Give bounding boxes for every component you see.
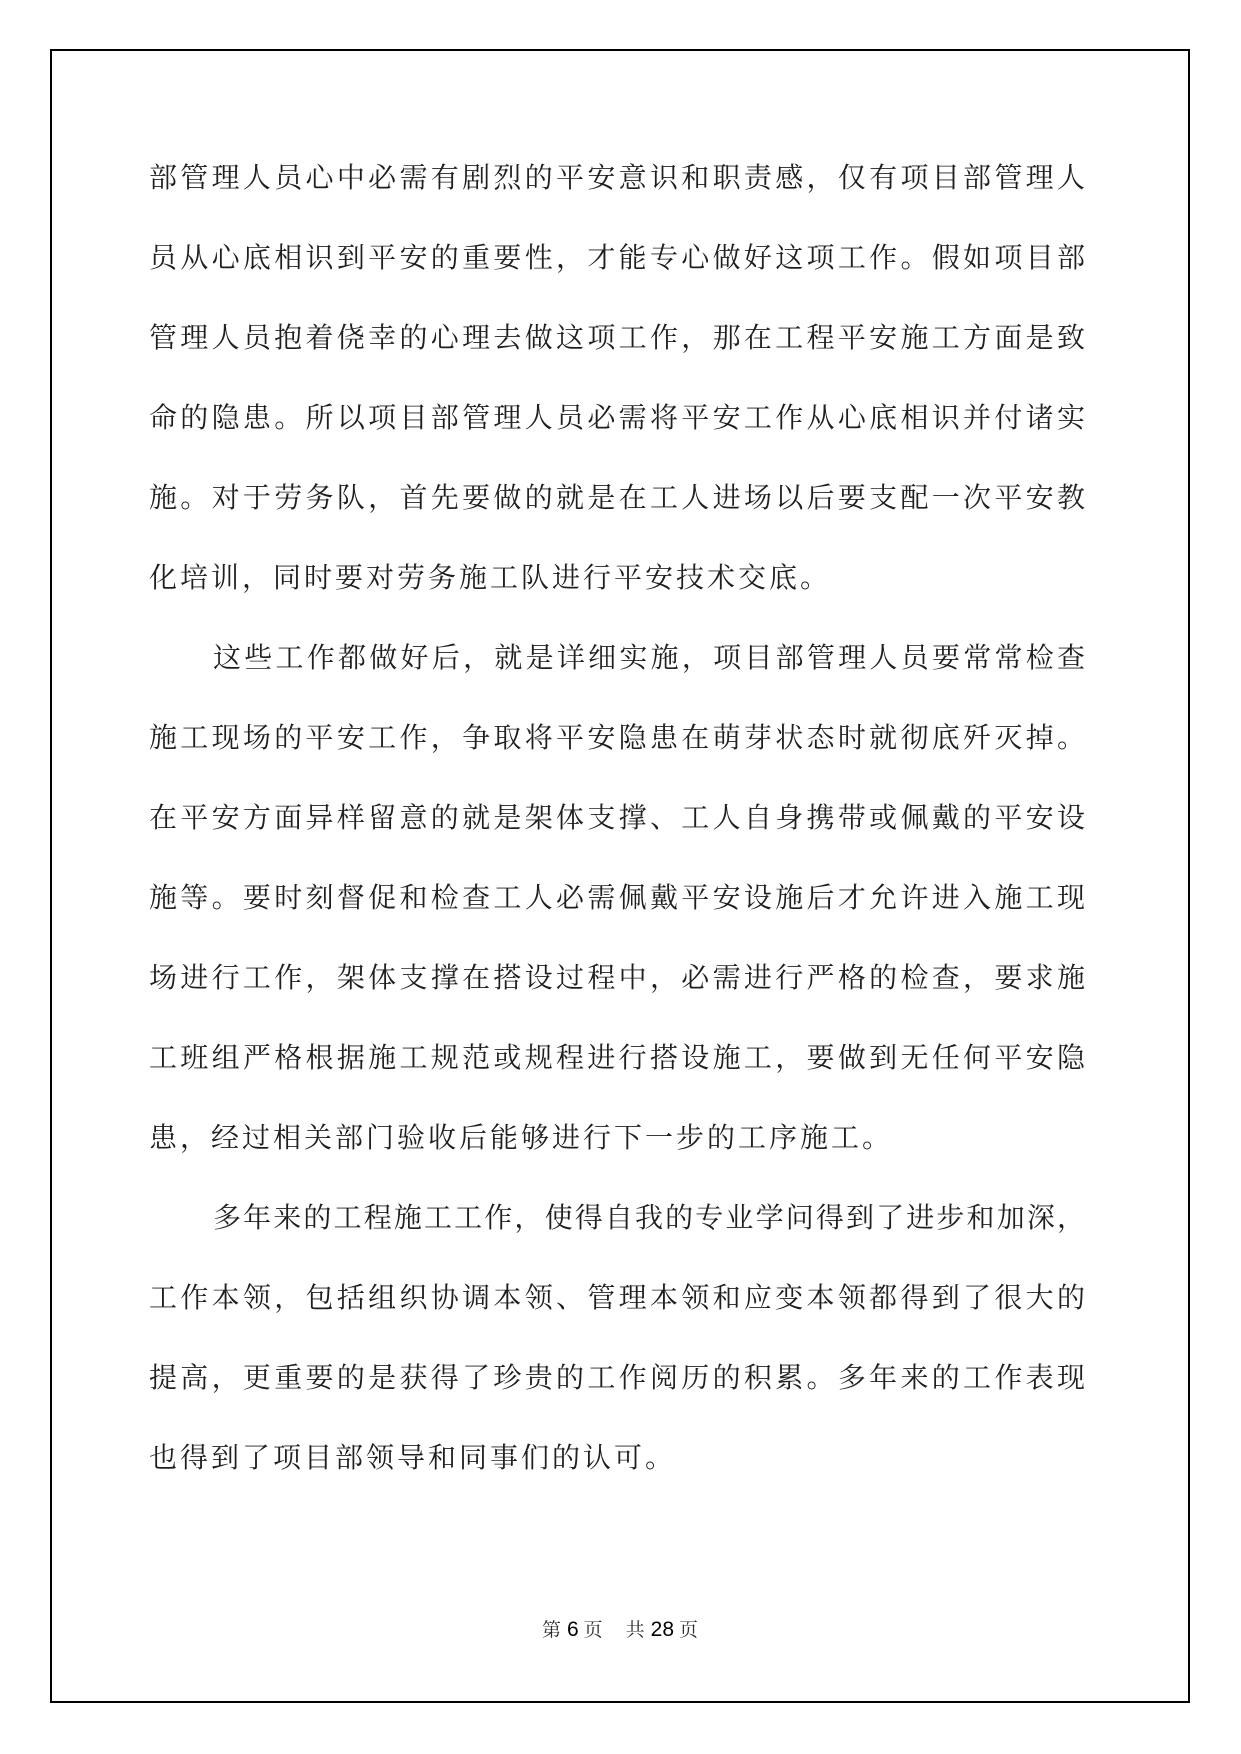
text-line: 命的隐患。所以项目部管理人员必需将平安工作从心底相识并付诸实 xyxy=(149,379,1086,459)
text-line: 施。对于劳务队，首先要做的就是在工人进场以后要支配一次平安教 xyxy=(149,459,1086,539)
footer-label-gong: 共 xyxy=(626,1620,646,1641)
text-line: 提高，更重要的是获得了珍贵的工作阅历的积累。多年来的工作表现 xyxy=(149,1339,1086,1419)
text-line: 这些工作都做好后，就是详细实施，项目部管理人员要常常检查 xyxy=(149,619,1086,699)
text-line: 化培训，同时要对劳务施工队进行平安技术交底。 xyxy=(149,539,1086,619)
text-line: 多年来的工程施工工作，使得自我的专业学问得到了进步和加深， xyxy=(149,1179,1086,1259)
footer-label-ye2: 页 xyxy=(679,1620,699,1641)
text-line: 施等。要时刻督促和检查工人必需佩戴平安设施后才允许进入施工现 xyxy=(149,859,1086,939)
text-line: 在平安方面异样留意的就是架体支撑、工人自身携带或佩戴的平安设 xyxy=(149,779,1086,859)
document-body: 部管理人员心中必需有剧烈的平安意识和职责感，仅有项目部管理人员从心底相识到平安的… xyxy=(149,139,1086,1499)
footer-total-pages: 28 xyxy=(651,1618,674,1641)
text-line: 工作本领，包括组织协调本领、管理本领和应变本领都得到了很大的 xyxy=(149,1259,1086,1339)
text-line: 部管理人员心中必需有剧烈的平安意识和职责感，仅有项目部管理人 xyxy=(149,139,1086,219)
document-page: 部管理人员心中必需有剧烈的平安意识和职责感，仅有项目部管理人员从心底相识到平安的… xyxy=(0,0,1241,1754)
text-line: 管理人员抱着侥幸的心理去做这项工作，那在工程平安施工方面是致 xyxy=(149,299,1086,379)
paragraph: 多年来的工程施工工作，使得自我的专业学问得到了进步和加深，工作本领，包括组织协调… xyxy=(149,1179,1086,1499)
text-line: 工班组严格根据施工规范或规程进行搭设施工，要做到无任何平安隐 xyxy=(149,1019,1086,1099)
footer-label-ye1: 页 xyxy=(584,1620,604,1641)
text-line: 也得到了项目部领导和同事们的认可。 xyxy=(149,1419,1086,1499)
footer-page-number: 6 xyxy=(567,1618,579,1641)
text-line: 场进行工作，架体支撑在搭设过程中，必需进行严格的检查，要求施 xyxy=(149,939,1086,1019)
paragraph: 这些工作都做好后，就是详细实施，项目部管理人员要常常检查施工现场的平安工作，争取… xyxy=(149,619,1086,1179)
text-line: 施工现场的平安工作，争取将平安隐患在萌芽状态时就彻底歼灭掉。 xyxy=(149,699,1086,779)
text-line: 患，经过相关部门验收后能够进行下一步的工序施工。 xyxy=(149,1099,1086,1179)
page-footer: 第6页共28页 xyxy=(0,1615,1241,1645)
footer-label-di: 第 xyxy=(542,1620,562,1641)
paragraph: 部管理人员心中必需有剧烈的平安意识和职责感，仅有项目部管理人员从心底相识到平安的… xyxy=(149,139,1086,619)
text-line: 员从心底相识到平安的重要性，才能专心做好这项工作。假如项目部 xyxy=(149,219,1086,299)
